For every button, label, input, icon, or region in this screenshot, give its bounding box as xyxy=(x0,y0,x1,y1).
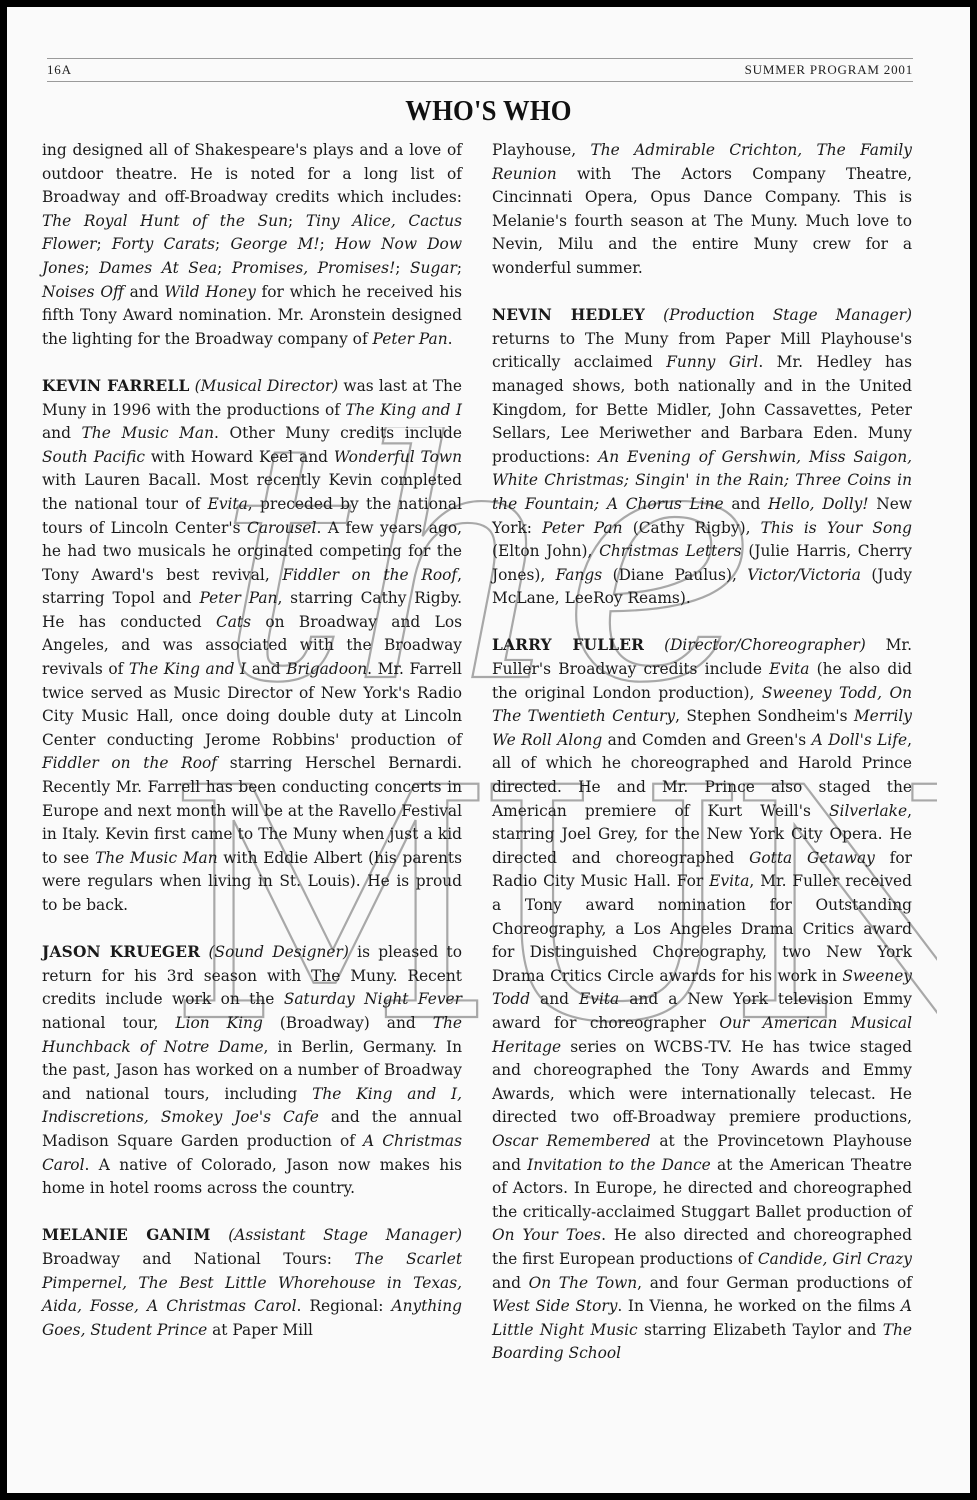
italic-text: Oscar Remembered xyxy=(492,1132,651,1150)
running-header: 16A SUMMER PROGRAM 2001 xyxy=(47,58,913,82)
bio-entry-nevin-hedley: NEVIN HEDLEY (Production Stage Manager) … xyxy=(492,304,912,611)
bio-text xyxy=(645,306,663,324)
bio-name: LARRY FULLER xyxy=(492,636,644,654)
italic-text: Lion King xyxy=(175,1014,262,1032)
italic-text: South Pacific xyxy=(42,448,145,466)
column-left: ing designed all of Shakespeare's plays … xyxy=(42,139,462,1366)
program-page: 16A SUMMER PROGRAM 2001 WHO'S WHO the MU… xyxy=(7,7,970,1493)
italic-text: Fiddler on the Roof xyxy=(42,754,217,772)
bio-text: starring Elizabeth Taylor and xyxy=(638,1321,883,1339)
italic-text: The King and I xyxy=(129,660,246,678)
bio-text: . In Vienna, he worked on the films xyxy=(617,1297,900,1315)
bio-entry-jason-krueger: JASON KRUEGER (Sound Designer) is please… xyxy=(42,941,462,1201)
bio-text: ; xyxy=(84,259,99,277)
bio-text: ; xyxy=(395,259,410,277)
italic-text: Peter Pan xyxy=(542,519,622,537)
italic-text: A Doll's Life xyxy=(812,731,907,749)
publication-name: SUMMER PROGRAM 2001 xyxy=(745,62,913,78)
italic-text: Forty Carats xyxy=(112,235,215,253)
bio-text: ; xyxy=(215,235,230,253)
italic-text: Fiddler on the Roof xyxy=(282,566,457,584)
italic-text: Dames At Sea xyxy=(99,259,217,277)
bio-entry-kevin-farrell: KEVIN FARRELL (Musical Director) was las… xyxy=(42,375,462,918)
italic-text: Carousel xyxy=(247,519,316,537)
bio-text: . xyxy=(448,330,453,348)
bio-name: JASON KRUEGER xyxy=(42,943,200,961)
bio-text: and xyxy=(724,495,768,513)
italic-text: Victor/Victoria xyxy=(747,566,861,584)
bio-text: and xyxy=(246,660,286,678)
italic-text: (Sound Designer) xyxy=(209,943,349,961)
italic-text: Cats xyxy=(216,613,251,631)
italic-text: Promises, Promises! xyxy=(232,259,395,277)
bio-text: and xyxy=(42,424,82,442)
bio-text: and Comden and Green's xyxy=(602,731,811,749)
bio-text: ; xyxy=(320,235,335,253)
bio-text: (Cathy Rigby), xyxy=(623,519,761,537)
italic-text: George M! xyxy=(230,235,319,253)
italic-text: Wonderful Town xyxy=(334,448,462,466)
italic-text: The Music Man xyxy=(82,424,214,442)
bio-text: (Broadway) and xyxy=(263,1014,433,1032)
italic-text: Evita xyxy=(709,872,749,890)
bio-continued: Playhouse, The Admirable Crichton, The F… xyxy=(492,139,912,281)
bio-entry-larry-fuller: LARRY FULLER (Director/Choreographer) Mr… xyxy=(492,634,912,1365)
bio-text: ; xyxy=(97,235,112,253)
italic-text: Peter Pan xyxy=(373,330,448,348)
italic-text: Invitation to the Dance xyxy=(527,1156,711,1174)
bio-text: at Paper Mill xyxy=(207,1321,313,1339)
bio-text: . Regional: xyxy=(297,1297,392,1315)
bio-text: Playhouse, xyxy=(492,141,590,159)
page-title: WHO'S WHO xyxy=(46,95,932,128)
italic-text: West Side Story xyxy=(492,1297,617,1315)
italic-text: Silverlake xyxy=(829,802,907,820)
bio-name: NEVIN HEDLEY xyxy=(492,306,645,324)
bio-text: ; xyxy=(217,259,232,277)
bio-text: . Other Muny credits include xyxy=(214,424,462,442)
bio-continued: ing designed all of Shakespeare's plays … xyxy=(42,139,462,351)
bio-text: , Stephen Sondheim's xyxy=(675,707,854,725)
bio-text: ; xyxy=(457,259,462,277)
italic-text: Evita xyxy=(208,495,248,513)
bio-text: (Diane Paulus), xyxy=(602,566,747,584)
italic-text: The Royal Hunt of the Sun xyxy=(42,212,288,230)
italic-text: Fangs xyxy=(556,566,602,584)
bio-text: Broadway and National Tours: xyxy=(42,1250,354,1268)
italic-text: Candide, Girl Crazy xyxy=(758,1250,912,1268)
italic-text: (Musical Director) xyxy=(195,377,339,395)
bio-text: national tour, xyxy=(42,1014,175,1032)
bio-text xyxy=(200,943,208,961)
bio-name: KEVIN FARRELL xyxy=(42,377,189,395)
bio-text: with Howard Keel and xyxy=(145,448,334,466)
italic-text: Wild Honey xyxy=(164,283,255,301)
bio-text: (Elton John), xyxy=(492,542,599,560)
italic-text: Evita xyxy=(769,660,809,678)
italic-text: Brigadoon xyxy=(286,660,367,678)
bio-text: ; xyxy=(288,212,306,230)
italic-text: The Music Man xyxy=(95,849,218,867)
italic-text: Gotta Getaway xyxy=(749,849,875,867)
bio-name: MELANIE GANIM xyxy=(42,1226,211,1244)
bio-text xyxy=(644,636,664,654)
italic-text: This is Your Song xyxy=(761,519,912,537)
bio-text: and xyxy=(124,283,164,301)
italic-text: (Production Stage Manager) xyxy=(663,306,912,324)
italic-text: (Director/Choreographer) xyxy=(664,636,866,654)
bio-text: , and four German productions of xyxy=(637,1274,912,1292)
italic-text: The King and I xyxy=(345,401,462,419)
italic-text: Evita xyxy=(579,990,619,1008)
bio-text xyxy=(211,1226,229,1244)
bio-entry-melanie-ganim: MELANIE GANIM (Assistant Stage Manager) … xyxy=(42,1224,462,1342)
bio-text: . A native of Colorado, Jason now makes … xyxy=(42,1156,462,1198)
italic-text: Christmas Letters xyxy=(599,542,742,560)
bio-text: and xyxy=(530,990,579,1008)
italic-text: Noises Off xyxy=(42,283,124,301)
italic-text: On Your Toes xyxy=(492,1226,601,1244)
bio-text: and xyxy=(492,1274,529,1292)
column-right: Playhouse, The Admirable Crichton, The F… xyxy=(492,139,912,1389)
bio-text: ing designed all of Shakespeare's plays … xyxy=(42,141,462,206)
italic-text: Peter Pan xyxy=(199,589,277,607)
italic-text: Hello, Dolly! xyxy=(768,495,869,513)
italic-text: Funny Girl xyxy=(666,353,758,371)
italic-text: On The Town xyxy=(529,1274,638,1292)
italic-text: (Assistant Stage Manager) xyxy=(228,1226,462,1244)
italic-text: Sugar xyxy=(410,259,457,277)
page-number: 16A xyxy=(47,62,72,78)
italic-text: Saturday Night Fever xyxy=(284,990,462,1008)
